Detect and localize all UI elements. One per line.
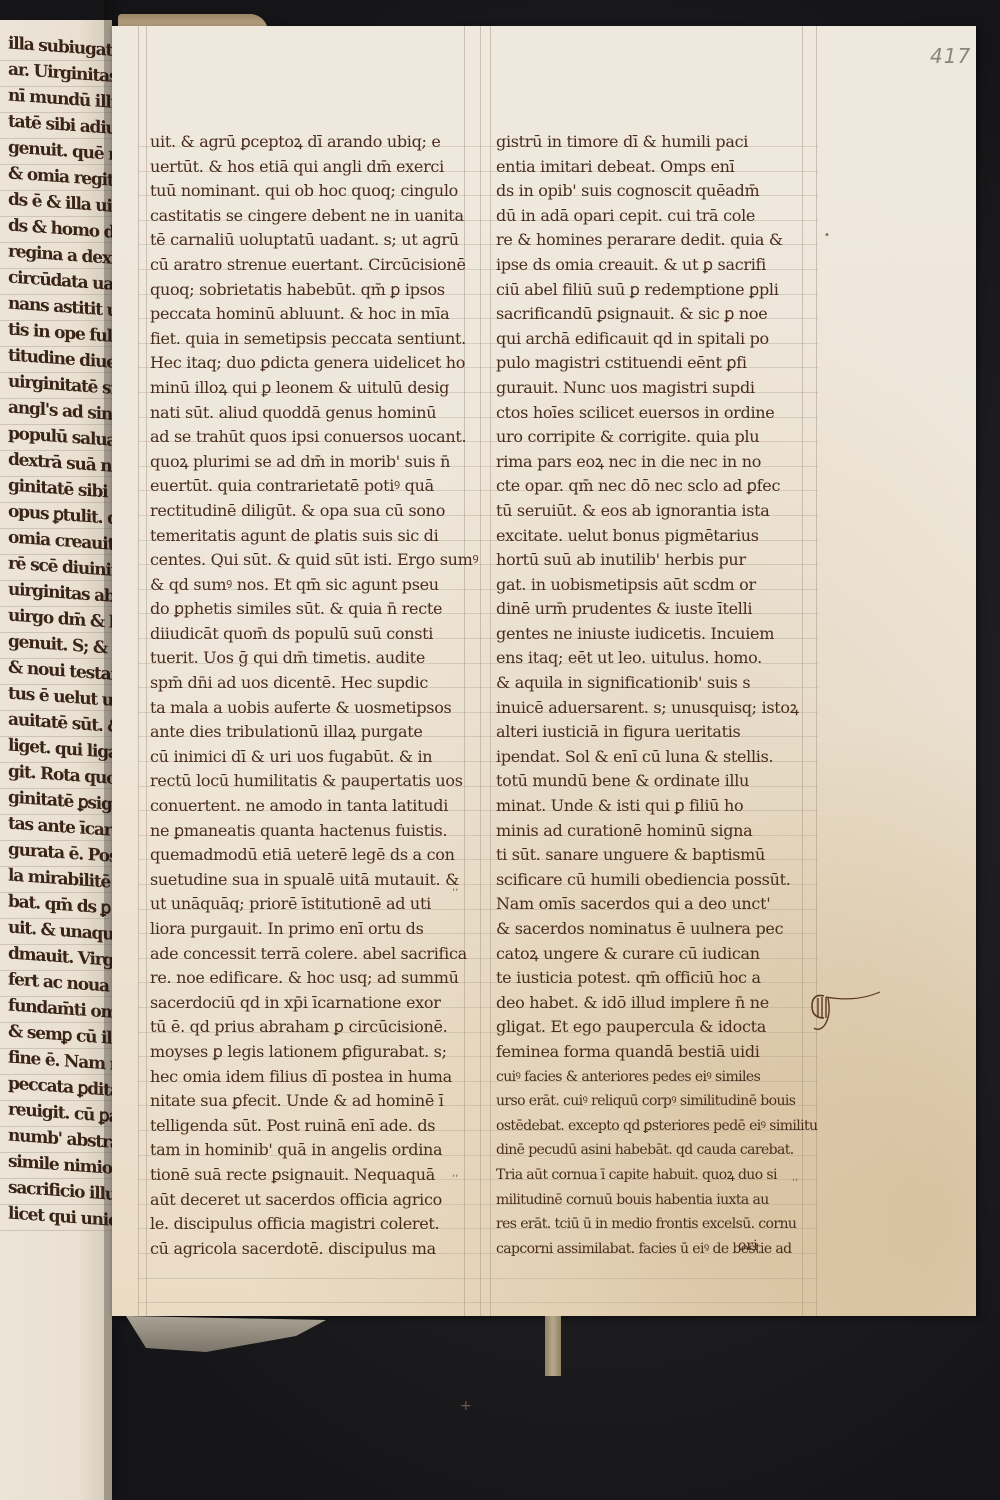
folio-number: 417 [930, 44, 971, 68]
manuscript-line-added: militudinē cornuū bouis habentia iuxta a… [496, 1188, 826, 1213]
ruling-line [138, 26, 139, 1316]
manuscript-line: Nam omīs sacerdos qui a deo unct' [496, 892, 826, 917]
verso-text-line: nans astitit uirginitas [8, 293, 112, 322]
verso-text-line: fine ē. Nam natur [8, 1047, 112, 1076]
manuscript-line: minū illoꝝ qui ꝑ leonem & uitulū desig [150, 376, 480, 401]
manuscript-line: uro corripite & corrigite. quia plu [496, 425, 826, 450]
manuscript-line: conuertent. ne amodo in tanta latitudi [150, 794, 480, 819]
manuscript-line: temeritatis agunt de ꝑlatis suis sic di [150, 524, 480, 549]
manuscript-line: ctos hoīes scilicet euersos in ordine [496, 401, 826, 426]
manuscript-line: sacrificandū ꝑsignauit. & sic ꝑ noe [496, 302, 826, 327]
manuscript-line: rectū locū humilitatis & paupertatis uos [150, 769, 480, 794]
verso-text-line: ds ē & illa uirginitas [8, 189, 112, 218]
ruling-line [138, 1278, 818, 1279]
manuscript-line: diiudicāt quom̄ ds populū suū consti [150, 622, 480, 647]
verso-text-line: & semꝑ cū illo fuit [8, 1021, 112, 1050]
manuscript-line-added: dinē pecudū asini habebāt. qd cauda care… [496, 1138, 826, 1163]
verso-text-line: populū saluatorīs [8, 423, 112, 452]
manuscript-line: suetudine sua in spualē uitā mutauit. & [150, 868, 480, 893]
verso-text-line: uit. & unaquāq; [8, 917, 112, 946]
manuscript-line: ipse ds omia creauit. & ut ꝑ sacrifi [496, 253, 826, 278]
manuscript-line: dū in adā opari cepit. cui trā cole [496, 204, 826, 229]
verso-text-line: ginitatē sibi adiungit [8, 475, 112, 504]
manuscript-line: deo habet. & idō illud implere n̄ ne [496, 991, 826, 1016]
verso-text-line: uirginitatē sibi desp [8, 371, 112, 400]
manuscript-line: minis ad curationē hominū signa [496, 819, 826, 844]
verso-text-line: numb' abstrapit [8, 1125, 112, 1154]
verso-text-line: reuigit. cū ꝑatri [8, 1099, 112, 1128]
verso-text-line: bat. qm̄ ds ꝑ ipsā [8, 891, 112, 920]
verso-text-line: tus ē uelut uest [8, 683, 112, 712]
ruling-line [146, 26, 147, 1316]
verso-text-line: tatē sibi adiungit [8, 111, 112, 140]
verso-text-line: genuit. S; & hoc [8, 631, 112, 660]
manuscript-line: inuicē aduersarent. s; unusquisq; istoꝝ [496, 696, 826, 721]
manuscript-line: quoq; sobrietatis habebūt. qm̄ ꝑ ipsos [150, 278, 480, 303]
verso-text-line: regina a dextris eius [8, 241, 112, 270]
manuscript-line: spm̄ dn̄i ad uos dicentē. Hec supdic [150, 671, 480, 696]
binding-tab [545, 1316, 561, 1376]
manuscript-line: cū inimici dī & uri uos fugabūt. & in [150, 745, 480, 770]
manuscript-line: tū seruiūt. & eos ab ignorantia ista [496, 499, 826, 524]
verso-text-line: fert ac noua [8, 969, 112, 998]
verso-text-line: dextrā suā nominant [8, 449, 112, 478]
verso-text-line: dmauit. Virginitas [8, 943, 112, 972]
manuscript-line-added: ostēdebat. excepto qd ꝑsteriores pedē ei… [496, 1114, 826, 1139]
manuscript-line: qui archā edificauit qd in spitali po [496, 327, 826, 352]
manuscript-line: gurauit. Nunc uos magistri supdi [496, 376, 826, 401]
manuscript-line: moyses ꝑ legis lationem ꝑfigurabat. s; [150, 1040, 480, 1065]
manuscript-line: ade concessit terrā colere. abel sacrifi… [150, 942, 480, 967]
verso-text-line: auitatē sūt. & hā [8, 709, 112, 738]
verso-text-line: & noui testam̄ti [8, 657, 112, 686]
verso-text-line: git. Rota quoq; [8, 761, 112, 790]
manuscript-line: ipendat. Sol & enī cū luna & stellis. [496, 745, 826, 770]
verso-text-line: uirginitas absq; [8, 579, 112, 608]
verso-text-line: omia creauit. ita [8, 527, 112, 556]
manuscript-line: fiet. quia in semetipsis peccata sentiun… [150, 327, 480, 352]
manuscript-line: te iusticia potest. qm̄ officiū hoc a [496, 966, 826, 991]
manuscript-line-added: res erāt. tciū ū in medio frontis excels… [496, 1212, 826, 1237]
manuscript-line: scificare cū humili obediencia possūt. [496, 868, 826, 893]
verso-text-line: fundam̄ti omīū bon [8, 995, 112, 1024]
manuscript-line: tionē suā recte ꝑsignauit. Nequaquā [150, 1163, 480, 1188]
manuscript-line: ds in opib' suis cognoscit quēadm̄ [496, 179, 826, 204]
verso-text-line: ar. Uirginitas quoq; [8, 59, 112, 88]
verso-text-line: tis in ope fulgente [8, 319, 112, 348]
manuscript-line: liora purgauit. In primo enī ortu ds [150, 917, 480, 942]
verso-text-line: rē scē diuinitatis [8, 553, 112, 582]
manuscript-line-added: capcorni assimilabat. facies ū eiꝰ de be… [496, 1237, 826, 1262]
manuscript-line: ens itaq; eēt ut leo. uitulus. homo. [496, 646, 826, 671]
manuscript-line: entia imitari debeat. Omps enī [496, 155, 826, 180]
manuscript-line: ante dies tribulationū illaꝝ purgate [150, 720, 480, 745]
verso-text-line: & omia regit. Rex [8, 163, 112, 192]
pricking-mark: + [460, 1398, 472, 1414]
manuscript-line: gligat. Et ego paupercula & idocta [496, 1015, 826, 1040]
manuscript-line: castitatis se cingere debent ne in uanit… [150, 204, 480, 229]
manuscript-line: ut unāquāq; priorē īstitutionē ad uti [150, 892, 480, 917]
manuscript-line: le. discipulus officia magistri coleret. [150, 1212, 480, 1237]
manuscript-line: cū agricola sacerdotē. discipulus ma [150, 1237, 480, 1262]
manuscript-line-added: Tria aūt cornua ī capite habuit. quoꝝ du… [496, 1163, 826, 1188]
verso-text-line: la mirabilitē plurima [8, 865, 112, 894]
manuscript-line: hec omia idem filius dī postea in huma [150, 1065, 480, 1090]
ruling-line [480, 26, 481, 1316]
text-column-right: gistrū in timore dī & humili pacientia i… [496, 130, 826, 1261]
verso-text-line: ginitatē ꝑsignauit [8, 787, 112, 816]
manuscript-line: rectitudinē diligūt. & opa sua cū sono [150, 499, 480, 524]
ruling-line [0, 1230, 112, 1231]
pricking-dot: ,, [452, 1168, 458, 1179]
verso-text-line: titudine diuersa [8, 345, 112, 374]
verso-text-line: nī mundū illuminar [8, 85, 112, 114]
manuscript-line: ta mala a uobis auferte & uosmetipsos [150, 696, 480, 721]
manuscript-line: tuerit. Uos ḡ qui dm̄ timetis. audite [150, 646, 480, 671]
manuscript-line: catoꝝ ungere & curare cū iudican [496, 942, 826, 967]
manuscript-line: do ꝑphetis similes sūt. & quia n̄ recte [150, 597, 480, 622]
verso-text-line: ds & homo de uirgine [8, 215, 112, 244]
ruling-line [490, 26, 491, 1316]
manuscript-line: alteri iusticiā in figura ueritatis [496, 720, 826, 745]
manuscript-line-added: cuiꝰ facies & anteriores pedes eiꝰ simil… [496, 1065, 826, 1090]
manuscript-line-added: urso erāt. cuiꝰ reliquū corpꝰ similitudi… [496, 1089, 826, 1114]
manuscript-line: aūt deceret ut sacerdos officia agrico [150, 1188, 480, 1213]
recto-page: 417 uit. & agrū ꝑceptoꝝ dī arando ubiq; … [112, 26, 976, 1316]
manuscript-line: ad se trahūt quos ipsi conuersos uocant. [150, 425, 480, 450]
manuscript-line: re. noe edificare. & hoc usq; ad summū [150, 966, 480, 991]
verso-text-line: illa subiugatus n̄ fu [8, 33, 112, 62]
manuscript-line: peccata hominū abluunt. & hoc in mīa [150, 302, 480, 327]
manuscript-line: totū mundū bene & ordinate illu [496, 769, 826, 794]
manuscript-line: ne ꝑmaneatis quanta hactenus fuistis. [150, 819, 480, 844]
verso-text-line: genuit. quē radiis [8, 137, 112, 166]
manuscript-line: uertūt. & hos etiā qui angli dm̄ exerci [150, 155, 480, 180]
manuscript-line: re & homines perarare dedit. quia & [496, 228, 826, 253]
manuscript-line: tam in hominib' quā in angelis ordina [150, 1138, 480, 1163]
manuscript-line: quoꝝ plurimi se ad dm̄ in morib' suis n̄ [150, 450, 480, 475]
verso-text-line: tas ante īcarnationē [8, 813, 112, 842]
verso-text-line: circūdata uarietate [8, 267, 112, 296]
pricking-dot: ,, [792, 1172, 798, 1183]
text-column-left: uit. & agrū ꝑceptoꝝ dī arando ubiq; euer… [150, 130, 480, 1261]
manuscript-line: euertūt. quia contrarietatē potiꝰ quā [150, 474, 480, 499]
manuscript-line: excitate. uelut bonus pigmētarius [496, 524, 826, 549]
manuscript-line: gentes ne iniuste iudicetis. Incuiem [496, 622, 826, 647]
manuscript-line: nati sūt. aliud quoddā genus hominū [150, 401, 480, 426]
manuscript-line: cū aratro strenue euertant. Circūcisionē [150, 253, 480, 278]
manuscript-line: tū ē. qd prius abraham ꝑ circūcisionē. [150, 1015, 480, 1040]
manuscript-line: nitate sua ꝑfecit. Unde & ad hominē ī [150, 1089, 480, 1114]
manuscript-line: & sacerdos nominatus ē uulnera pec [496, 917, 826, 942]
manuscript-line: ciū abel filiū suū ꝑ redemptione ꝑpli [496, 278, 826, 303]
verso-text-line: liget. qui ligatura [8, 735, 112, 764]
manuscript-line: quemadmodū etiā ueterē legē ds a con [150, 843, 480, 868]
verso-text-line: gurata ē. Post īcarn [8, 839, 112, 868]
manuscript-line: hortū suū ab inutilib' herbis pur [496, 548, 826, 573]
manuscript-line: telligenda sūt. Post ruinā enī ade. ds [150, 1114, 480, 1139]
verso-text-line: angl's ad sinistra parti [8, 397, 112, 426]
manuscript-line: dinē urm̄ prudentes & iuste ītelli [496, 597, 826, 622]
manuscript-line: ti sūt. sanare unguere & baptismū [496, 843, 826, 868]
verso-text-line: opus ꝑtulit. quia [8, 501, 112, 530]
verso-text-line: licet qui unicā [8, 1203, 112, 1232]
manuscript-line: rima pars eoꝝ nec in die nec in no [496, 450, 826, 475]
pricking-dot: ,, [452, 882, 458, 893]
manuscript-line: feminea forma quandā bestiā uidi [496, 1040, 826, 1065]
manuscript-line: gat. in uobismetipsis aūt scdm or [496, 573, 826, 598]
manuscript-line: centes. Qui sūt. & quid sūt isti. Ergo s… [150, 548, 480, 573]
catchword: ori [738, 1238, 758, 1254]
verso-text-line: uirgo dm̄ & hominē [8, 605, 112, 634]
verso-text-line: sacrificio illustr [8, 1177, 112, 1206]
verso-text-line: peccata ꝑdita fuit [8, 1073, 112, 1102]
manuscript-line: tuū nominant. qui ob hoc quoq; cingulo [150, 179, 480, 204]
manuscript-line: uit. & agrū ꝑceptoꝝ dī arando ubiq; e [150, 130, 480, 155]
marginal-initial-icon [802, 984, 882, 1044]
manuscript-line: & qd sumꝰ nos. Et qm̄ sic agunt pseu [150, 573, 480, 598]
manuscript-line: gistrū in timore dī & humili paci [496, 130, 826, 155]
manuscript-line: pulo magistri cstituendi eēnt ꝑfi [496, 351, 826, 376]
verso-page-fragment: illa subiugatus n̄ fuar. Uirginitas quoq… [0, 20, 112, 1500]
manuscript-line: minat. Unde & isti qui ꝑ filiū ho [496, 794, 826, 819]
manuscript-line: sacerdociū qd in xp̄i īcarnatione exor [150, 991, 480, 1016]
verso-text-line: simile nimio in [8, 1151, 112, 1180]
manuscript-line: tē carnaliū uoluptatū uadant. s; ut agrū [150, 228, 480, 253]
manuscript-line: & aquila in significationib' suis s [496, 671, 826, 696]
manuscript-line: Hec itaq; duo ꝑdicta genera uidelicet ho [150, 351, 480, 376]
pricking-dot: • [824, 230, 830, 241]
manuscript-line: cte opar. qm̄ nec dō nec sclo ad ꝑfec [496, 474, 826, 499]
ruling-line [138, 1302, 818, 1303]
